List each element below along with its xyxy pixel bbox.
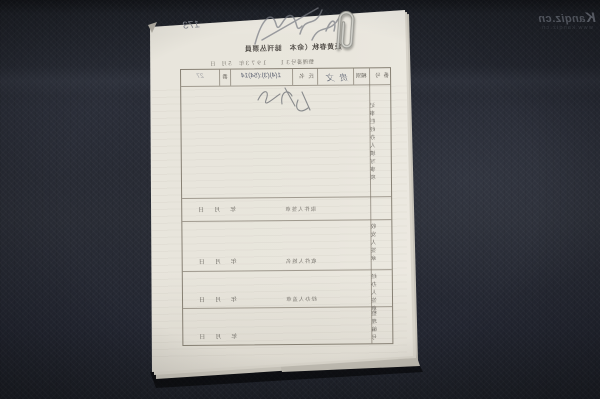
photo-stage: 173 炎黄春秋（命本 誌刊丛票員 整理番号３１ １９７３年 ５月 日 27 番… xyxy=(0,0,600,399)
photo-vignette xyxy=(0,0,600,399)
